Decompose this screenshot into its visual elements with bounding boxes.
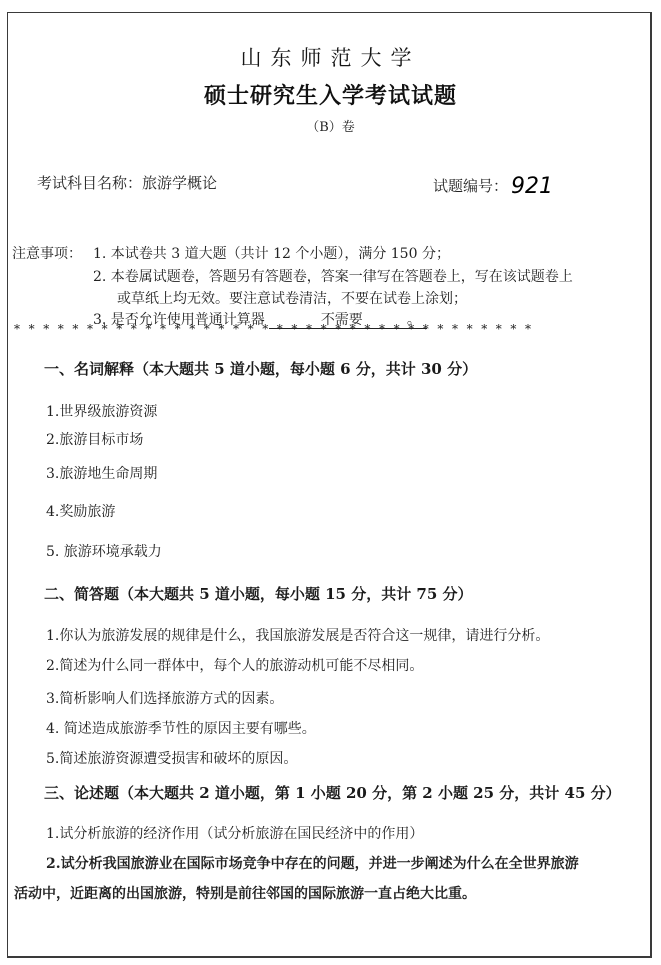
section-1-item-2: 2.旅游目标市场 — [46, 429, 143, 449]
section-3-heading: 三、论述题（本大题共 2 道小题，第 1 小题 20 分，第 2 小题 25 分… — [44, 782, 621, 803]
section-3-item-1: 1.试分析旅游的经济作用（试分析旅游在国民经济中的作用） — [46, 823, 423, 843]
section-1-item-5: 5. 旅游环境承载力 — [46, 541, 162, 561]
section-2-item-3: 3.简析影响人们选择旅游方式的因素。 — [46, 688, 283, 708]
section-2-item-4: 4. 简述造成旅游季节性的原因主要有哪些。 — [46, 718, 316, 738]
section-2-item-2: 2.简述为什么同一群体中，每个人的旅游动机可能不尽相同。 — [46, 655, 423, 675]
separator-dots: ************************************ — [14, 322, 634, 336]
exam-code-value: 921 — [511, 174, 553, 199]
section-3-item-2: 2.试分析我国旅游业在国际市场竞争中存在的问题，并进一步阐述为什么在全世界旅游 — [46, 853, 579, 873]
notes-heading: 注意事项： — [12, 243, 82, 263]
subject-name: 考试科目名称：旅游学概论 — [37, 172, 217, 193]
note-item-1: 1. 本试卷共 3 道大题（共计 12 个小题），满分 150 分； — [93, 243, 450, 263]
exam-code: 试题编号：921 — [433, 172, 553, 197]
section-2-item-1: 1.你认为旅游发展的规律是什么，我国旅游发展是否符合这一规律，请进行分析。 — [46, 625, 549, 645]
section-2-item-5: 5.简述旅游资源遭受损害和破坏的原因。 — [46, 748, 297, 768]
section-1-item-4: 4.奖励旅游 — [46, 501, 115, 521]
note-item-2-continued: 或草纸上均无效。要注意试卷清洁，不要在试卷上涂划； — [117, 288, 467, 308]
paper-version: （B）卷 — [0, 116, 661, 135]
exam-title: 硕士研究生入学考试试题 — [0, 79, 661, 110]
note-item-2: 2. 本卷属试题卷，答题另有答题卷，答案一律写在答题卷上，写在该试题卷上 — [93, 266, 573, 286]
exam-code-label: 试题编号： — [433, 177, 508, 195]
section-3-item-2-continued: 活动中，近距离的出国旅游，特别是前往邻国的国际旅游一直占绝大比重。 — [14, 883, 476, 903]
university-name: 山东师范大学 — [0, 42, 661, 72]
section-2-heading: 二、简答题（本大题共 5 道小题，每小题 15 分，共计 75 分） — [44, 583, 473, 604]
section-1-item-3: 3.旅游地生命周期 — [46, 463, 157, 483]
section-1-item-1: 1.世界级旅游资源 — [46, 401, 157, 421]
page-border — [7, 12, 652, 958]
section-1-heading: 一、名词解释（本大题共 5 道小题，每小题 6 分，共计 30 分） — [44, 358, 477, 379]
